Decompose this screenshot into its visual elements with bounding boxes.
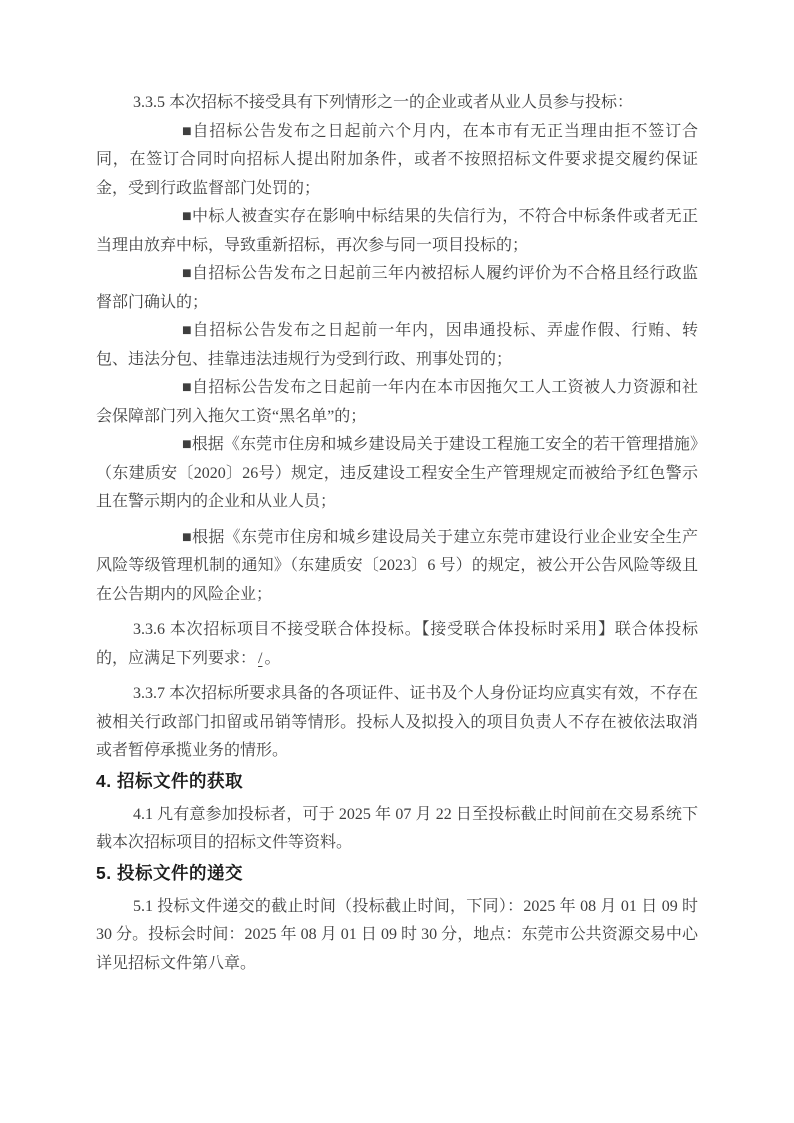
clause-3-3-6-period: 。 — [264, 650, 280, 667]
section-4-heading: 4. 招标文件的获取 — [96, 766, 698, 796]
prohibited-item-1: ■自招标公告发布之日起前六个月内，在本市有无正当理由拒不签订合同，在签订合同时向… — [96, 118, 698, 204]
document-content: 3.3.5 本次招标不接受具有下列情形之一的企业或者从业人员参与投标： ■自招标… — [96, 89, 698, 978]
clause-3-3-6: 3.3.6 本次招标项目不接受联合体投标。【接受联合体投标时采用】联合体投标的，… — [96, 616, 698, 673]
prohibited-item-5: ■自招标公告发布之日起前一年内在本市因拖欠工人工资被人力资源和社会保障部门列入拖… — [96, 374, 698, 431]
clause-4-1: 4.1 凡有意参加投标者，可于 2025 年 07 月 22 日至投标截止时间前… — [96, 801, 698, 858]
prohibited-item-4: ■自招标公告发布之日起前一年内，因串通投标、弄虚作假、行贿、转包、违法分包、挂靠… — [96, 317, 698, 374]
clause-3-3-5: 3.3.5 本次招标不接受具有下列情形之一的企业或者从业人员参与投标： — [96, 89, 698, 118]
prohibited-item-7: ■根据《东莞市住房和城乡建设局关于建立东莞市建设行业企业安全生产风险等级管理机制… — [96, 524, 698, 610]
clause-3-3-6-text: 3.3.6 本次招标项目不接受联合体投标。【接受联合体投标时采用】联合体投标的，… — [96, 621, 698, 667]
clause-5-1: 5.1 投标文件递交的截止时间（投标截止时间，下同）：2025 年 08 月 0… — [96, 893, 698, 979]
prohibited-item-6: ■根据《东莞市住房和城乡建设局关于建设工程施工安全的若干管理措施》（东建质安〔2… — [96, 431, 698, 517]
section-5-heading: 5. 投标文件的递交 — [96, 858, 698, 888]
document-page: 3.3.5 本次招标不接受具有下列情形之一的企业或者从业人员参与投标： ■自招标… — [0, 0, 794, 1123]
prohibited-item-3: ■自招标公告发布之日起前三年内被招标人履约评价为不合格且经行政监督部门确认的； — [96, 260, 698, 317]
prohibited-item-2: ■中标人被查实存在影响中标结果的失信行为，不符合中标条件或者无正当理由放弃中标，… — [96, 203, 698, 260]
clause-3-3-7: 3.3.7 本次招标所要求具备的各项证件、证书及个人身份证均应真实有效，不存在被… — [96, 680, 698, 766]
